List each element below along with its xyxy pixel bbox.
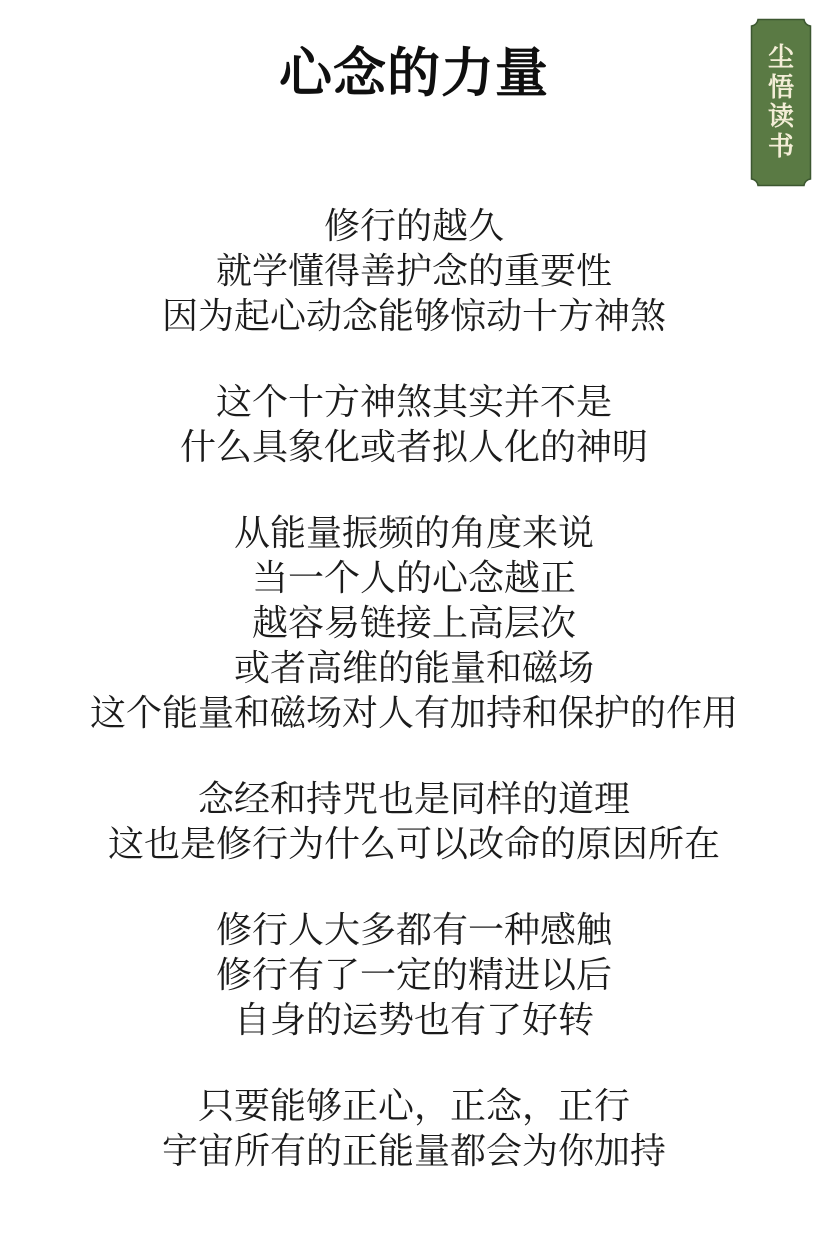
paragraph: 修行人大多都有一种感触修行有了一定的精进以后自身的运势也有了好转 [0,908,828,1043]
paragraph: 念经和持咒也是同样的道理这也是修行为什么可以改命的原因所在 [0,777,828,867]
quote-card: 心念的力量 尘悟读书 修行的越久就学懂得善护念的重要性因为起心动念能够惊动十方神… [0,0,828,1244]
brand-badge-text: 尘悟读书 [768,43,794,161]
paragraph: 这个十方神煞其实并不是什么具象化或者拟人化的神明 [0,380,828,470]
brand-badge: 尘悟读书 [750,18,812,187]
paragraph: 从能量振频的角度来说当一个人的心念越正越容易链接上高层次或者高维的能量和磁场这个… [0,511,828,736]
paragraph: 只要能够正心，正念，正行宇宙所有的正能量都会为你加持 [0,1084,828,1174]
paragraph: 修行的越久就学懂得善护念的重要性因为起心动念能够惊动十方神煞 [0,204,828,339]
page-title: 心念的力量 [0,46,828,102]
content: 修行的越久就学懂得善护念的重要性因为起心动念能够惊动十方神煞这个十方神煞其实并不… [0,204,828,1174]
